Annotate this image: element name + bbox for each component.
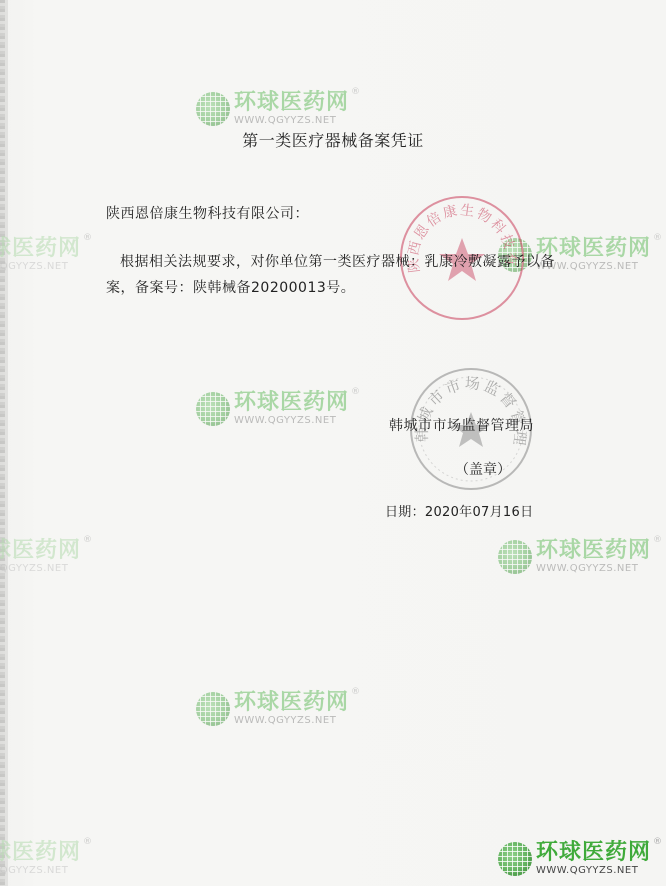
watermark-logo: 环球医药网® WWW.QGYYZS.NET [498,842,651,876]
issue-date: 日期：2020年07月16日 [385,501,533,520]
watermark-logo: 环球医药网® WWW.QGYYZS.NET [196,692,349,726]
watermark-name: 环球医药网® [0,540,81,562]
watermark-url: WWW.QGYYZS.NET [536,564,651,574]
watermark-url: WWW.QGYYZS.NET [0,866,81,876]
watermark-name: 环球医药网® [234,92,349,114]
watermark-url: WWW.QGYYZS.NET [536,866,651,876]
watermark-url: WWW.QGYYZS.NET [234,116,349,126]
seal-note: （盖章） [455,459,511,479]
watermark-url: WWW.QGYYZS.NET [0,262,81,272]
addressee: 陕西恩倍康生物科技有限公司： [106,203,309,223]
watermark-logo: 环球医药网® WWW.QGYYZS.NET [0,540,81,574]
globe-icon [196,692,230,726]
globe-icon [498,540,532,574]
globe-icon [196,392,230,426]
watermark-name: 环球医药网® [536,842,651,864]
watermark-name: 环球医药网® [234,692,349,714]
watermark-logo: 环球医药网® WWW.QGYYZS.NET [196,92,349,126]
globe-icon [498,842,532,876]
globe-icon [196,92,230,126]
body-text-line-2: 案，备案号：陕韩械备20200013号。 [106,277,355,297]
issuing-authority: 韩城市市场监督管理局 [389,415,534,435]
body-text-line-1: 根据相关法规要求，对你单位第一类医疗器械：乳康冷敷凝露予以备 [120,251,555,271]
watermark-url: WWW.QGYYZS.NET [234,716,349,726]
watermark-logo: 环球医药网® WWW.QGYYZS.NET [196,392,349,426]
scanned-certificate-page: 环球医药网® WWW.QGYYZS.NET 环球医药网® WWW.QGYYZS.… [0,0,666,886]
watermark-name: 环球医药网® [536,540,651,562]
watermark-logo: 环球医药网® WWW.QGYYZS.NET [498,540,651,574]
watermark-url: WWW.QGYYZS.NET [234,416,349,426]
watermark-url: WWW.QGYYZS.NET [0,564,81,574]
watermark-logo: 环球医药网® WWW.QGYYZS.NET [0,842,81,876]
watermark-name: 环球医药网® [234,392,349,414]
watermark-logo: 环球医药网® WWW.QGYYZS.NET [0,238,81,272]
watermark-name: 环球医药网® [0,842,81,864]
watermark-name: 环球医药网® [0,238,81,260]
document-title: 第一类医疗器械备案凭证 [0,128,666,151]
